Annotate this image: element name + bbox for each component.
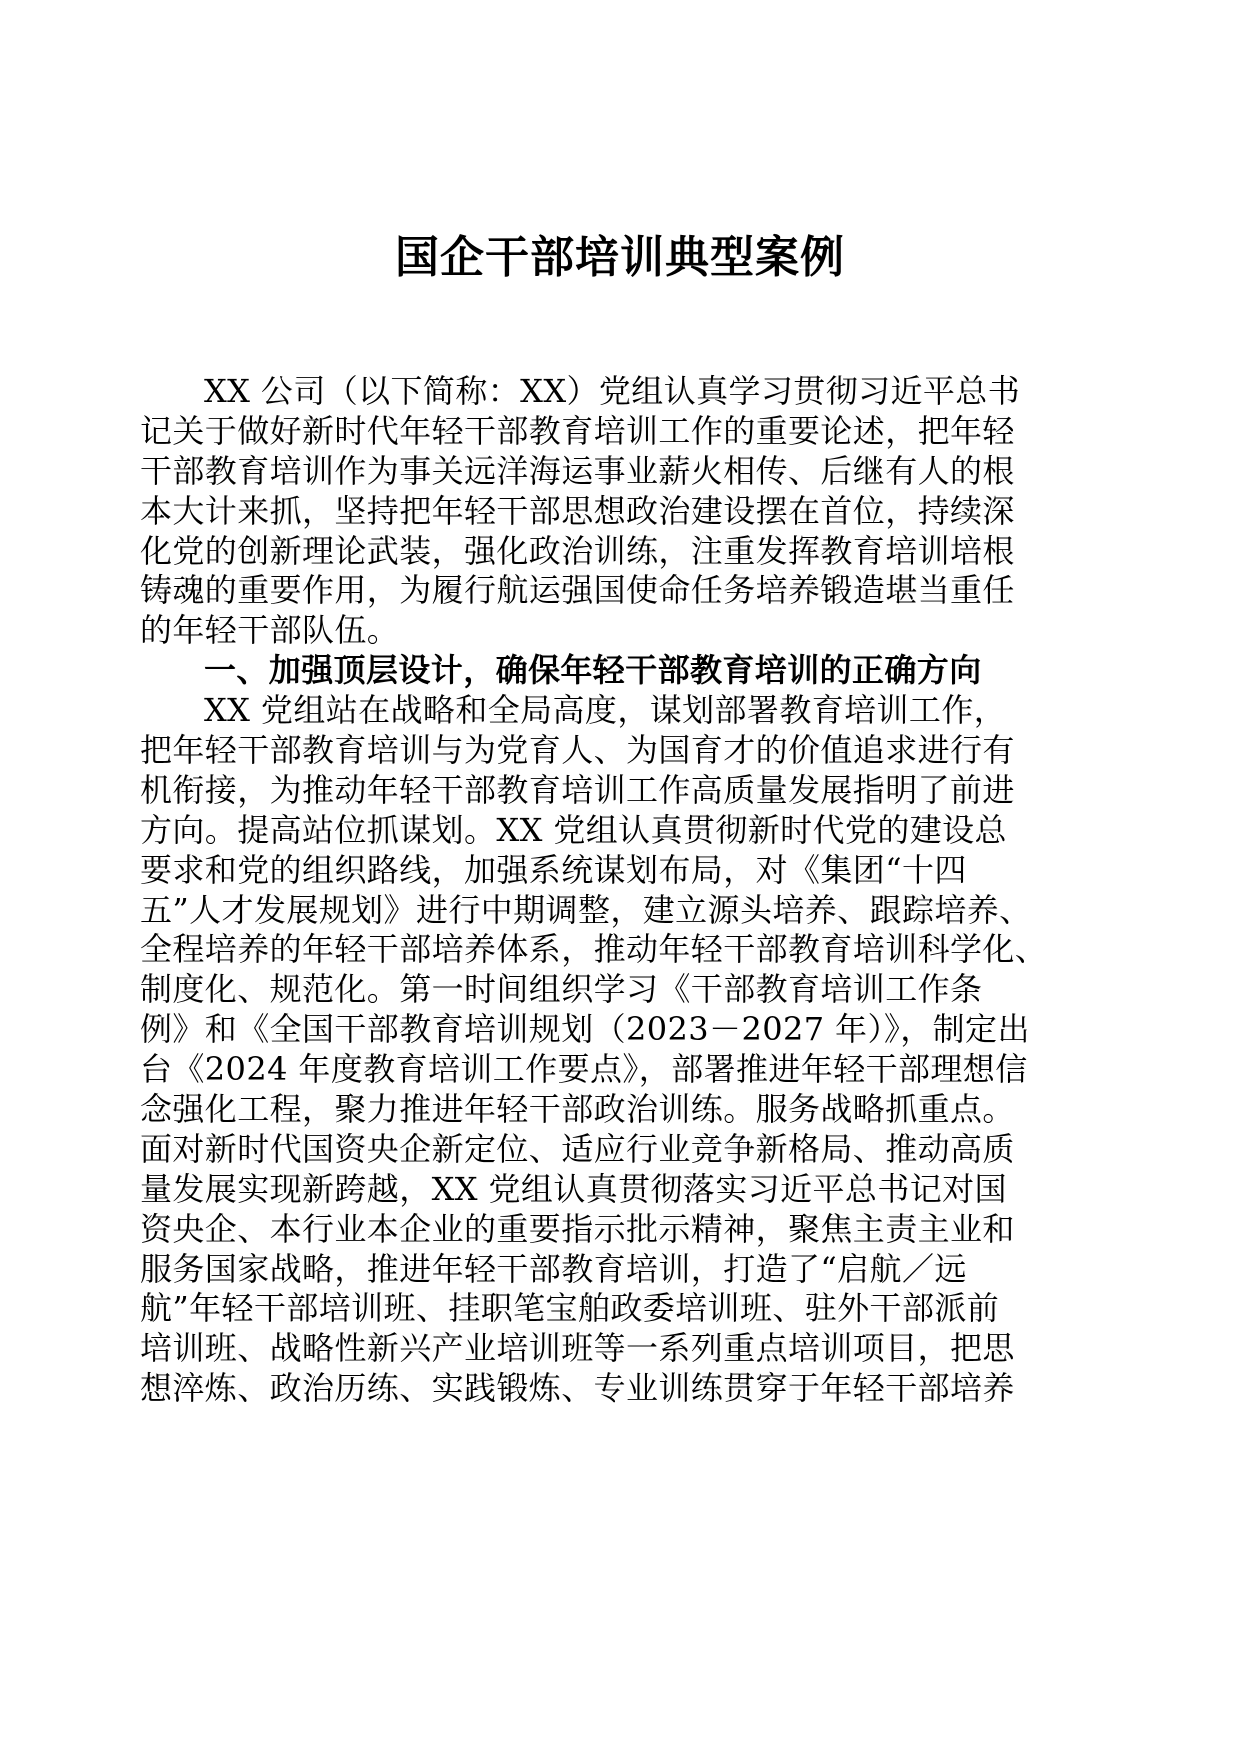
paragraph-line: XX 党组站在战略和全局高度，谋划部署教育培训工作， [140, 691, 970, 731]
paragraph-line: 把年轻干部教育培训与为党育人、为国育才的价值追求进行有 [140, 731, 970, 771]
paragraph-line: XX 公司（以下简称：XX）党组认真学习贯彻习近平总书 [140, 372, 970, 412]
document-page: 国企干部培训典型案例 XX 公司（以下简称：XX）党组认真学习贯彻习近平总书记关… [0, 0, 1240, 1754]
paragraph-line: 要求和党的组织路线，加强系统谋划布局，对《集团“十四 [140, 851, 970, 891]
paragraph-line: 方向。提高站位抓谋划。XX 党组认真贯彻新时代党的建设总 [140, 811, 970, 851]
paragraph-line: 铸魂的重要作用，为履行航运强国使命任务培养锻造堪当重任 [140, 571, 970, 611]
paragraph-line: 本大计来抓，坚持把年轻干部思想政治建设摆在首位，持续深 [140, 492, 970, 532]
paragraph-line: 台《2024 年度教育培训工作要点》，部署推进年轻干部理想信 [140, 1050, 970, 1090]
paragraph-line: 航”年轻干部培训班、挂职笔宝舶政委培训班、驻外干部派前 [140, 1289, 970, 1329]
paragraph-line: 服务国家战略，推进年轻干部教育培训，打造了“启航／远 [140, 1250, 970, 1290]
section-heading: 一、加强顶层设计，确保年轻干部教育培训的正确方向 [140, 651, 970, 691]
document-title: 国企干部培训典型案例 [0, 228, 1240, 288]
document-body: XX 公司（以下简称：XX）党组认真学习贯彻习近平总书记关于做好新时代年轻干部教… [140, 372, 970, 1409]
paragraph-line: 制度化、规范化。第一时间组织学习《干部教育培训工作条 [140, 970, 970, 1010]
paragraph-line: 培训班、战略性新兴产业培训班等一系列重点培训项目，把思 [140, 1329, 970, 1369]
paragraph-line: 化党的创新理论武装，强化政治训练，注重发挥教育培训培根 [140, 532, 970, 572]
paragraph-line: 全程培养的年轻干部培养体系，推动年轻干部教育培训科学化、 [140, 930, 970, 970]
paragraph-line: 的年轻干部队伍。 [140, 611, 970, 651]
paragraph-line: 面对新时代国资央企新定位、适应行业竞争新格局、推动高质 [140, 1130, 970, 1170]
paragraph-line: 记关于做好新时代年轻干部教育培训工作的重要论述，把年轻 [140, 412, 970, 452]
paragraph-line: 五”人才发展规划》进行中期调整，建立源头培养、跟踪培养、 [140, 891, 970, 931]
paragraph-line: 例》和《全国干部教育培训规划（2023－2027 年）》，制定出 [140, 1010, 970, 1050]
paragraph-line: 想淬炼、政治历练、实践锻炼、专业训练贯穿于年轻干部培养 [140, 1369, 970, 1409]
paragraph-line: 机衔接，为推动年轻干部教育培训工作高质量发展指明了前进 [140, 771, 970, 811]
paragraph-line: 念强化工程，聚力推进年轻干部政治训练。服务战略抓重点。 [140, 1090, 970, 1130]
paragraph-line: 干部教育培训作为事关远洋海运事业薪火相传、后继有人的根 [140, 452, 970, 492]
paragraph-line: 资央企、本行业本企业的重要指示批示精神，聚焦主责主业和 [140, 1210, 970, 1250]
paragraph-line: 量发展实现新跨越，XX 党组认真贯彻落实习近平总书记对国 [140, 1170, 970, 1210]
